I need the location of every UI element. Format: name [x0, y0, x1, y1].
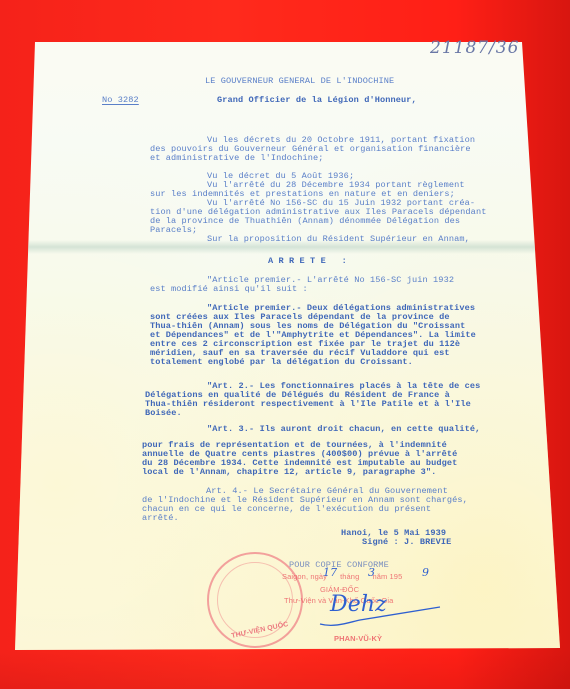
signatory-name: PHAN-VŨ-KỲ — [334, 634, 382, 644]
signature-stroke — [310, 600, 450, 630]
article-1-line: totalement englobé par la délégation du … — [150, 358, 413, 368]
article-2-line: Boisée. — [145, 409, 182, 419]
archive-reference: 21187/36 — [430, 44, 519, 54]
article-3-line: local de l'Annam, chapitre 12, article 9… — [142, 468, 436, 478]
seal-text: THƯ-VIỆN QUỐC — [231, 620, 290, 641]
document-number: No 3282 — [102, 96, 139, 106]
article-4-line: arrêté. — [142, 514, 179, 524]
stamp-date-line: Saigon, ngày tháng năm 195 — [282, 572, 402, 582]
header-title: LE GOUVERNEUR GENERAL DE L'INDOCHINE — [205, 77, 394, 87]
document-content: 21187/36 LE GOUVERNEUR GENERAL DE L'INDO… — [0, 0, 570, 689]
signed-by: Signé : J. BREVIE — [362, 538, 451, 548]
article-intro-line: est modifié ainsi qu'il suit : — [150, 285, 308, 295]
preamble-line: Sur la proposition du Résident Supérieur… — [207, 235, 470, 245]
copy-date-day: 17 — [323, 568, 337, 578]
article-2-line: Thua-thiên résideront respectivement à l… — [145, 400, 471, 410]
preamble-line: Paracels; — [150, 226, 197, 236]
article-3-line: "Art. 3.- Ils auront droit chacun, en ce… — [207, 425, 480, 435]
header-subtitle: Grand Officier de la Légion d'Honneur, — [217, 96, 417, 106]
arrete-heading: A R R E T E : — [268, 257, 347, 267]
copy-date-year: 9 — [422, 568, 429, 578]
article-4-line: chacun en ce qui le concerne, de l'exécu… — [142, 505, 431, 515]
preamble-line: et administrative de l'Indochine; — [150, 154, 323, 164]
copy-date-month: 3 — [368, 568, 375, 578]
